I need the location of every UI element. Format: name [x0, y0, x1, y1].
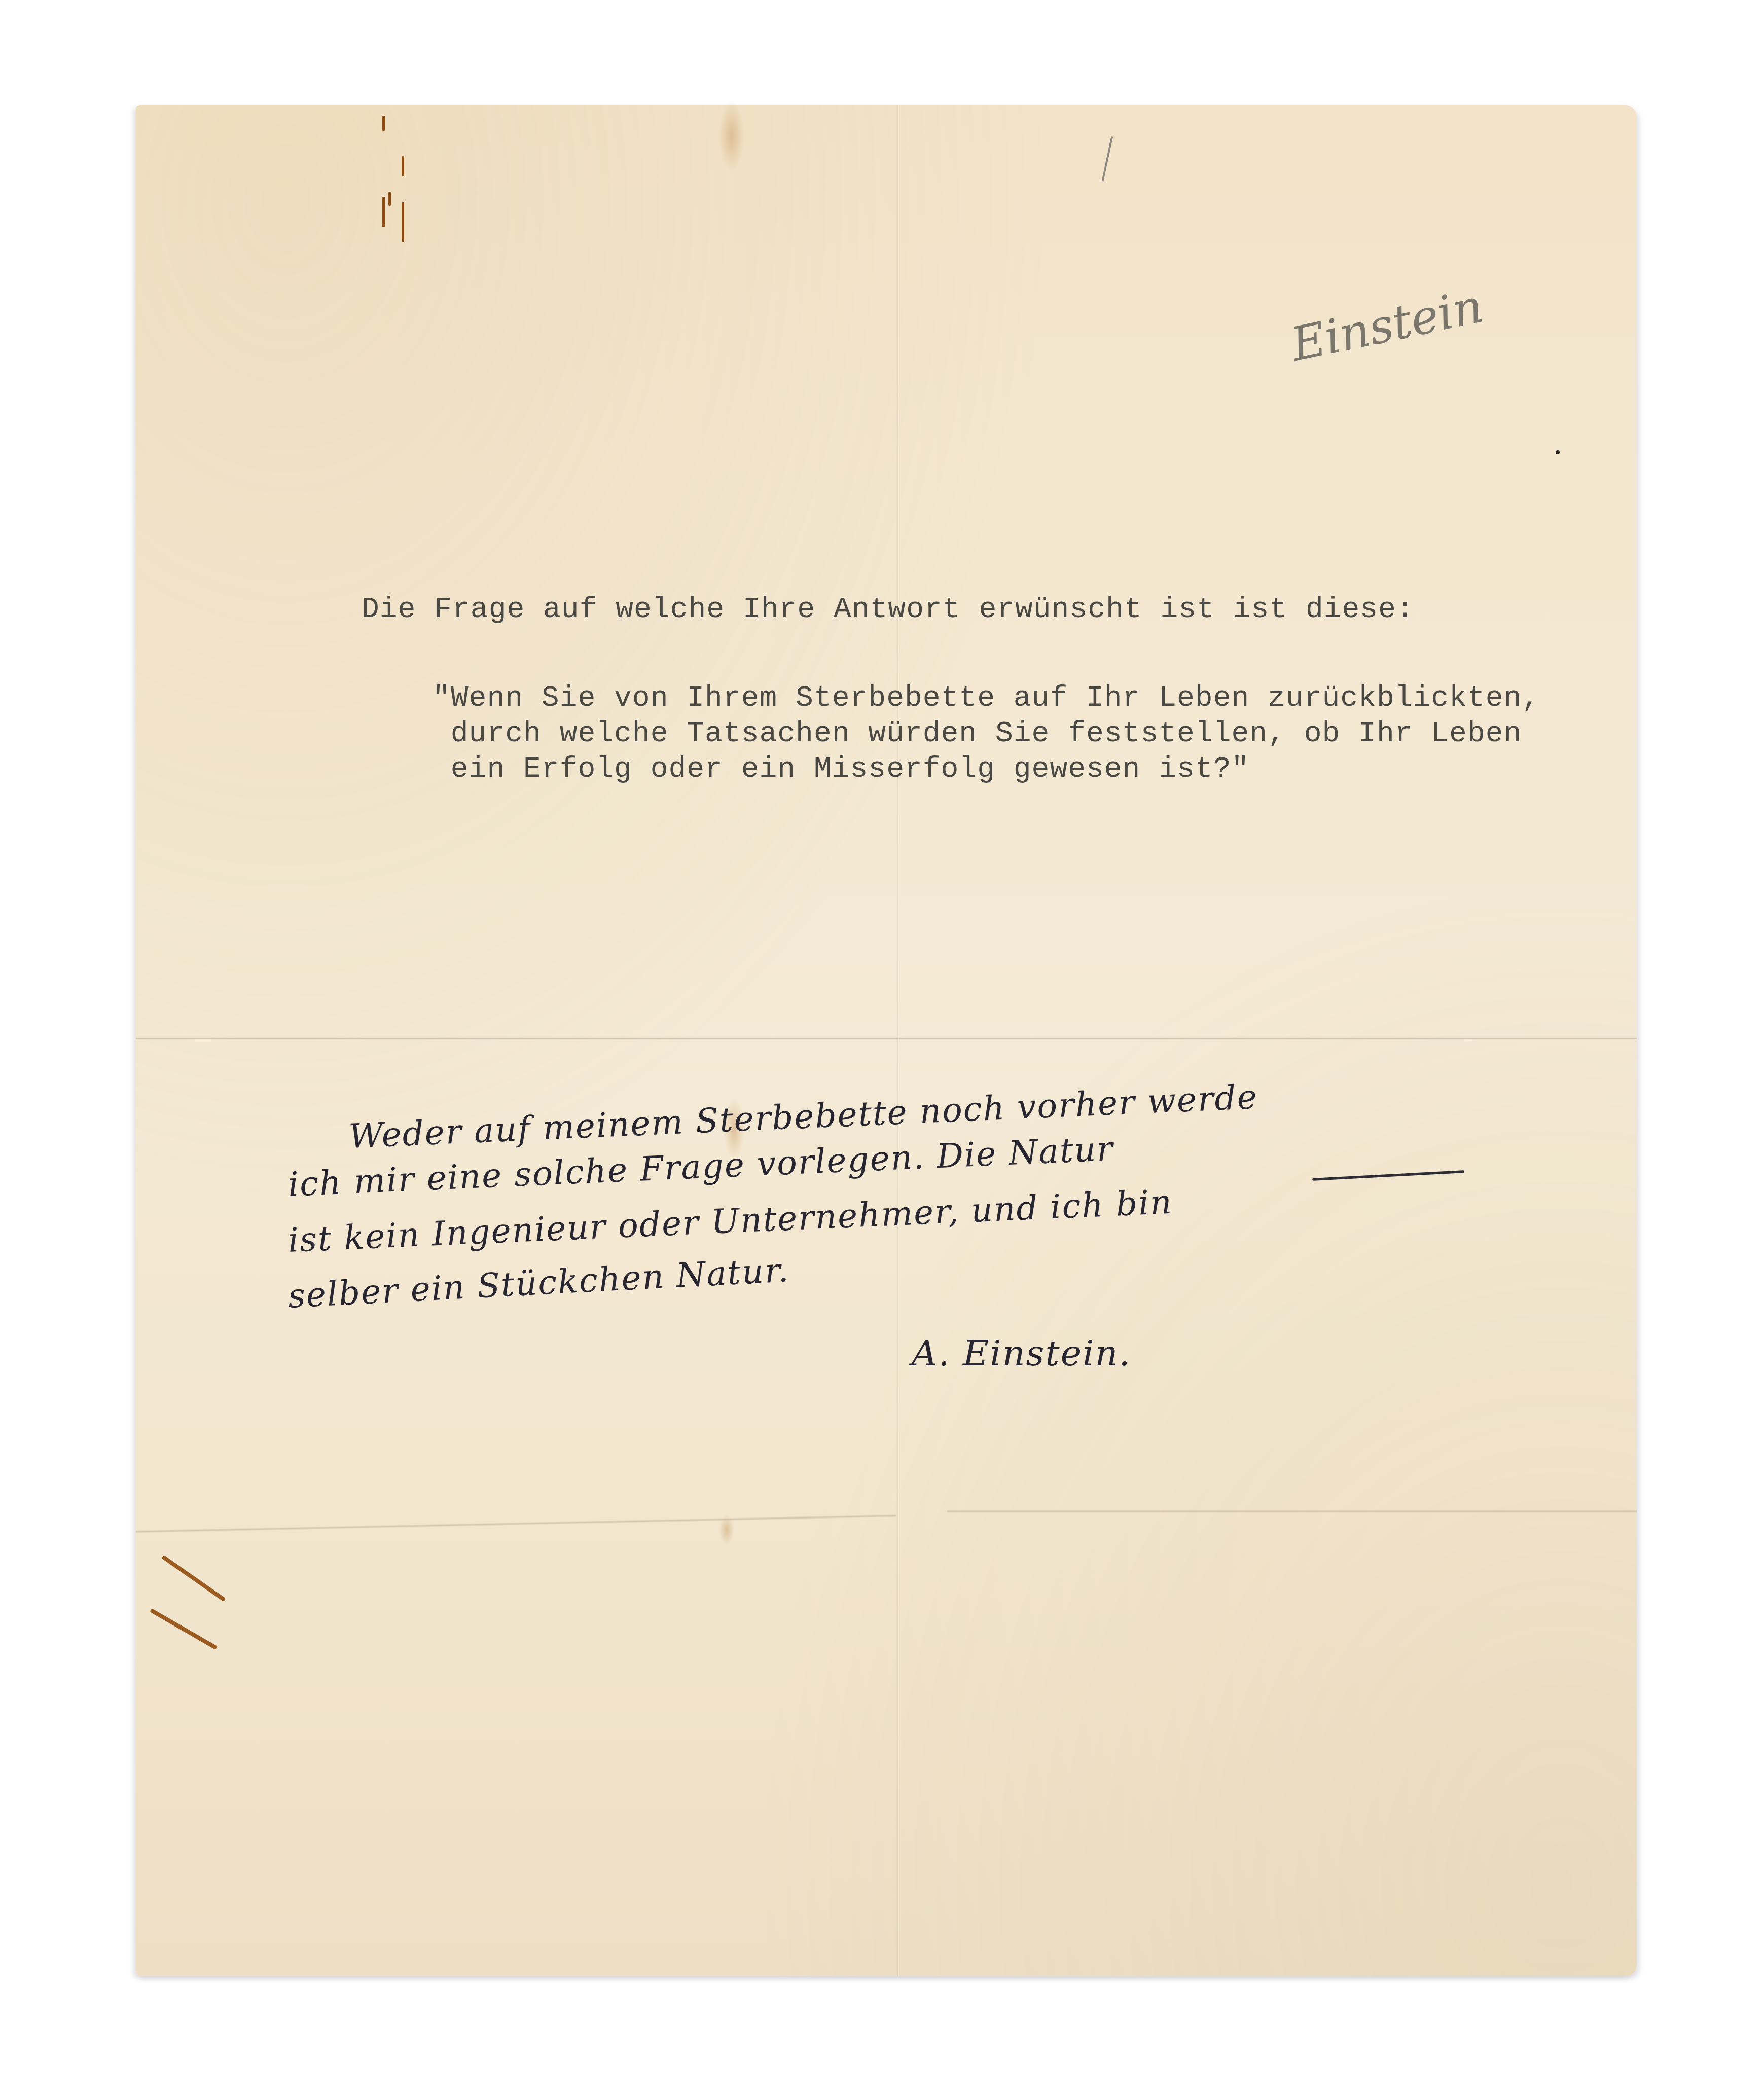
pencil-mark — [1100, 136, 1113, 182]
handwritten-dash-stroke — [1312, 1170, 1464, 1181]
rust-mark — [402, 156, 404, 176]
rust-mark — [388, 192, 391, 206]
vertical-fold-crease — [896, 105, 899, 1976]
lower-fold-crease — [947, 1510, 1637, 1513]
rust-mark — [402, 202, 404, 242]
rust-mark — [161, 1555, 226, 1602]
handwritten-line-4: selber ein Stückchen Natur. — [287, 1250, 790, 1316]
lower-fold-crease-left — [136, 1514, 896, 1533]
typed-quote-line-2: durch welche Tatsachen würden Sie festst… — [433, 716, 1522, 752]
typed-quote-line-3: ein Erfolg oder ein Misserfolg gewesen i… — [433, 752, 1249, 787]
letter-paper: Einstein Die Frage auf welche Ihre Antwo… — [136, 105, 1637, 1976]
rust-mark — [382, 197, 385, 227]
signature: A. Einstein. — [912, 1332, 1131, 1374]
ink-dot — [1556, 450, 1560, 454]
pencil-annotation-einstein: Einstein — [1286, 279, 1488, 372]
rust-mark — [382, 116, 385, 131]
typed-intro-line: Die Frage auf welche Ihre Antwort erwüns… — [362, 592, 1415, 628]
horizontal-fold-crease — [136, 1037, 1637, 1041]
stain — [719, 100, 744, 171]
typed-quote-line-1: "Wenn Sie von Ihrem Sterbebette auf Ihr … — [433, 681, 1540, 716]
stain — [719, 1515, 734, 1545]
rust-mark — [150, 1608, 218, 1650]
